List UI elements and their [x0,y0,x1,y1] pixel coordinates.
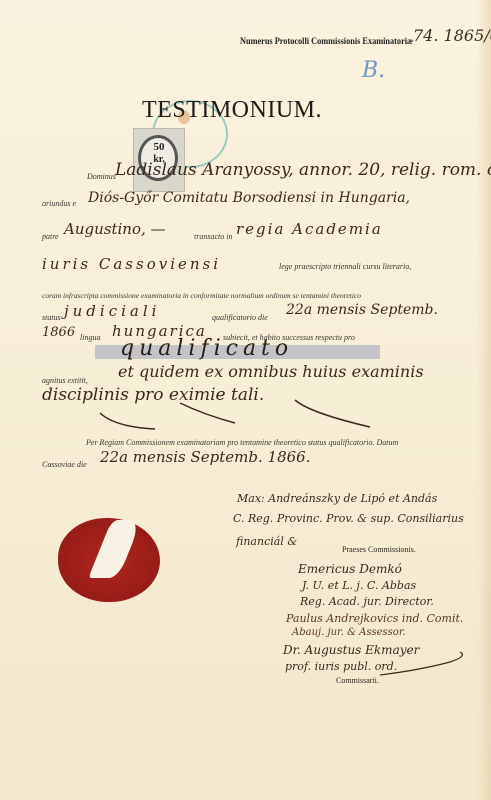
label-transacto: transacto in [194,232,232,241]
exam-date: 22a mensis Septemb. [286,302,438,318]
stamp-value: 50 [134,141,184,153]
commissarius-sign-5: Abauj. jur. & Assessor. [292,627,406,638]
document-title: TESTIMONIUM. [142,97,322,124]
commissarii-label: Commissarii. [336,676,379,685]
praeses-label: Praeses Commissionis. [342,545,416,554]
label-patre: patre [42,232,59,241]
issue-date: 22a mensis Septemb. 1866. [100,448,310,466]
exam-year: 1866 [42,325,75,340]
blue-pencil-mark: B. [362,58,385,83]
praeses-sign-line2: C. Reg. Provinc. Prov. & sup. Consiliari… [233,512,464,525]
commissarius-sign-4: Paulus Andrejkovics ind. Comit. [286,612,463,625]
label-cassoviae: Cassoviae die [42,460,87,469]
printed-coram: coram infrascripta commissione examinato… [42,291,361,300]
result-grade: qualificato [120,336,293,361]
protocol-number-label: Numerus Protocolli Commissionis Examinat… [240,36,413,46]
academy-city: iuris Cassoviensi [42,255,221,273]
label-agnitus: agnitus extitit, [42,376,88,385]
flourish-strokes [95,395,375,435]
signature-flourish [380,650,470,680]
commissarius-sign-2: J. U. et L. j. C. Abbas [302,579,416,592]
praeses-sign-line3: financiál & [236,535,297,548]
label-status: status [42,313,61,322]
praeses-sign-line1: Max: Andreánszky de Lipó et Andás [237,492,437,505]
printed-cursus: lege praescripto triennali cursu literar… [279,262,411,271]
label-lingua: lingua [80,333,100,342]
commissarius-sign-1: Emericus Demkó [298,562,402,576]
protocol-number-value: 74. 1865/6. [413,26,491,45]
printed-per-regiam: Per Regiam Commissionem examinatoriam pr… [86,438,398,447]
father-name: Augustino, — [64,220,166,238]
document-page: Numerus Protocolli Commissionis Examinat… [0,0,491,800]
academy: regia Academia [236,220,383,238]
status-type: judiciali [64,302,160,320]
remark-part1: et quidem ex omnibus huius examinis [118,362,424,381]
commissarius-sign-3: Reg. Acad. jur. Director. [300,595,434,608]
label-dominus: Dominus [87,172,116,181]
label-qualificatorio: qualificatorio die [212,313,268,322]
name-and-details: Ladislaus Aranyossy, annor. 20, relig. r… [115,160,491,180]
page-edge-shadow [477,0,491,800]
label-oriundus: oriundus e [42,199,76,208]
origin: Diós-Győr Comitatu Borsodiensi in Hungar… [88,190,410,206]
